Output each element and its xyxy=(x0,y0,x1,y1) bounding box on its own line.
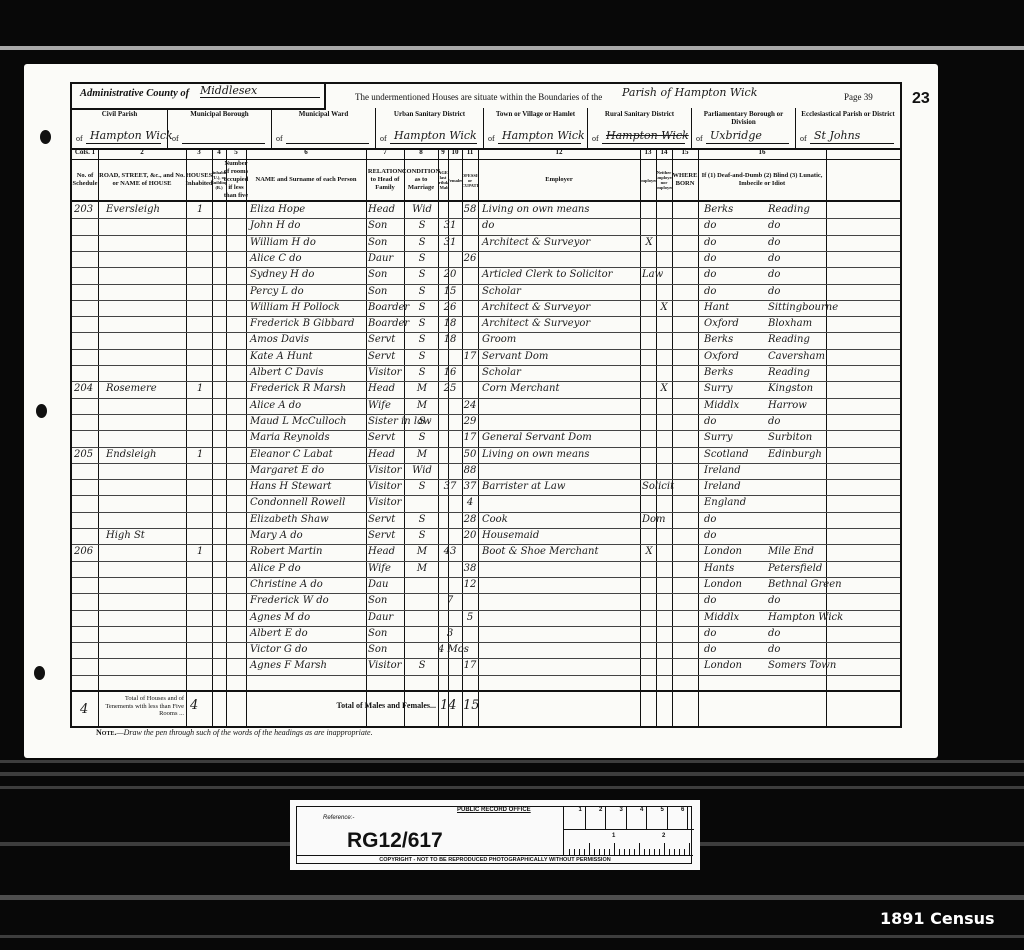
total-males: 14 xyxy=(440,698,457,713)
birth-place: do xyxy=(768,253,826,264)
birth-county: England xyxy=(704,497,760,508)
district-of: of xyxy=(592,134,599,143)
birth-county: Berks xyxy=(704,204,760,215)
person-name: Christine A do xyxy=(250,579,366,590)
occupation: Scholar xyxy=(482,367,638,378)
column-header: If (1) Deaf-and-Dumb (2) Blind (3) Lunat… xyxy=(698,160,826,200)
ruler-cm-label: 4 xyxy=(640,807,643,813)
person-name: Percy L do xyxy=(250,286,366,297)
scale-ruler: 12345612 xyxy=(563,807,694,855)
age-female: 17 xyxy=(462,660,478,671)
district-label: Town or Village or Hamlet xyxy=(484,110,587,118)
occupation: Architect & Surveyor xyxy=(482,237,638,248)
reference-number: RG12/617 xyxy=(347,829,443,853)
column-header: ROAD, STREET, &c., and No. or NAME of HO… xyxy=(98,160,186,200)
table-row xyxy=(0,447,1,463)
district-value: St Johns xyxy=(814,129,860,142)
age-male: 4 Mos xyxy=(438,644,462,655)
table-row xyxy=(0,300,1,316)
district-value: Hampton Wick xyxy=(606,129,689,142)
district-label: Ecclesiastical Parish or District xyxy=(796,110,900,118)
schedule-number: 205 xyxy=(74,449,98,460)
column-header: WHERE BORN xyxy=(672,160,698,200)
occupation: General Servant Dom xyxy=(482,432,638,443)
column-header: PROFESSION or OCCUPATION xyxy=(462,160,478,200)
row-line xyxy=(72,544,900,545)
district-label: Civil Parish xyxy=(72,110,167,118)
birth-county: London xyxy=(704,546,760,557)
birth-place: Hampton Wick xyxy=(768,612,826,623)
column-number: 3 xyxy=(186,148,212,159)
row-line xyxy=(72,658,900,659)
employer-mark: Dom xyxy=(642,514,656,525)
age-female: 37 xyxy=(462,481,478,492)
age-male: 16 xyxy=(438,367,462,378)
punch-hole xyxy=(34,666,45,680)
age-male: 18 xyxy=(438,334,462,345)
birth-place: Petersfield xyxy=(768,563,826,574)
column-number: 16 xyxy=(698,148,826,159)
relation-to-head: Wife xyxy=(368,563,404,574)
birth-county: Berks xyxy=(704,367,760,378)
header-divider xyxy=(72,159,900,160)
marital-condition: S xyxy=(406,253,438,264)
district-of: of xyxy=(172,134,179,143)
occupation: Barrister at Law xyxy=(482,481,638,492)
ruler-cm-label: 2 xyxy=(599,807,602,813)
age-male: 25 xyxy=(438,383,462,394)
marital-condition: S xyxy=(406,432,438,443)
row-line xyxy=(72,218,900,219)
employer-mark: X xyxy=(642,237,656,248)
row-line xyxy=(72,316,900,317)
district-urban-sanitary-district: Urban Sanitary DistrictofHampton Wick xyxy=(376,108,484,148)
marital-condition: S xyxy=(406,367,438,378)
birth-place: Kingston xyxy=(768,383,826,394)
marital-condition: S xyxy=(406,286,438,297)
table-row xyxy=(0,398,1,414)
relation-to-head: Servt xyxy=(368,514,404,525)
person-name: Albert C Davis xyxy=(250,367,366,378)
ruler-in-tick xyxy=(664,843,665,855)
column-header: CONDITION as to Marriage xyxy=(404,160,438,200)
age-female: 50 xyxy=(462,449,478,460)
district-label: Rural Sanitary District xyxy=(588,110,691,118)
marital-condition: S xyxy=(406,302,438,313)
district-rural-sanitary-district: Rural Sanitary DistrictofHampton Wick xyxy=(588,108,692,148)
ruler-in-label: 2 xyxy=(662,833,665,839)
table-row xyxy=(0,479,1,495)
marital-condition: S xyxy=(406,416,438,427)
birth-county: do xyxy=(704,595,760,606)
birth-county: Middlx xyxy=(704,400,760,411)
person-name: Hans H Stewart xyxy=(250,481,366,492)
person-name: Condonnell Rowell xyxy=(250,497,366,508)
table-row xyxy=(0,512,1,528)
total-schedules: 4 xyxy=(80,702,88,717)
ruler-cm-tick xyxy=(585,807,586,829)
relation-to-head: Son xyxy=(368,269,404,280)
row-line xyxy=(72,284,900,285)
relation-to-head: Servt xyxy=(368,530,404,541)
person-name: William H Pollock xyxy=(250,302,366,313)
page-label: Page 39 xyxy=(844,92,873,102)
age-female: 17 xyxy=(462,351,478,362)
birth-place: Harrow xyxy=(768,400,826,411)
relation-to-head: Servt xyxy=(368,351,404,362)
row-line xyxy=(72,251,900,252)
reference-card: PUBLIC RECORD OFFICE Reference:- RG12/61… xyxy=(290,800,700,870)
person-name: Agnes F Marsh xyxy=(250,660,366,671)
row-line xyxy=(72,398,900,399)
marital-condition: S xyxy=(406,530,438,541)
table-row xyxy=(0,544,1,560)
occupation: Groom xyxy=(482,334,638,345)
relation-to-head: Son xyxy=(368,628,404,639)
total-females: 15 xyxy=(463,698,480,713)
birth-county: Ireland xyxy=(704,465,760,476)
occupation: Housemaid xyxy=(482,530,638,541)
column-header: Number of rooms occupied if less than fi… xyxy=(226,160,246,200)
district-label: Urban Sanitary District xyxy=(376,110,483,118)
table-row xyxy=(0,235,1,251)
district-town-or-village-or-hamlet: Town or Village or HamletofHampton Wick xyxy=(484,108,588,148)
header-divider xyxy=(72,200,900,202)
age-female: 12 xyxy=(462,579,478,590)
district-value-line xyxy=(286,129,369,144)
district-value-line: Hampton Wick xyxy=(390,129,477,144)
birth-place: Edinburgh xyxy=(768,449,826,460)
column-number: 6 xyxy=(246,148,366,159)
age-male: 31 xyxy=(438,220,462,231)
birth-county: Hant xyxy=(704,302,760,313)
totals-divider xyxy=(72,690,900,692)
column-header: NAME and Surname of each Person xyxy=(246,160,366,200)
birth-place: do xyxy=(768,595,826,606)
birth-place: do xyxy=(768,220,826,231)
person-name: Mary A do xyxy=(250,530,366,541)
marital-condition: M xyxy=(406,383,438,394)
district-value-line: Uxbridge xyxy=(706,129,789,144)
row-line xyxy=(72,512,900,513)
column-header: Neither Employer nor Employed xyxy=(656,160,672,200)
person-name: Sydney H do xyxy=(250,269,366,280)
birth-county: Berks xyxy=(704,334,760,345)
relation-to-head: Visitor xyxy=(368,481,404,492)
table-row xyxy=(0,658,1,674)
birth-county: Scotland xyxy=(704,449,760,460)
house-name: Rosemere xyxy=(106,383,186,394)
table-row xyxy=(0,495,1,511)
form-note: Note.—Draw the pen through such of the w… xyxy=(96,728,373,737)
admin-county-label: Administrative County of xyxy=(80,88,189,99)
table-row xyxy=(0,561,1,577)
column-header: AGE last Birthday of Males xyxy=(438,160,448,200)
person-name: Alice C do xyxy=(250,253,366,264)
column-number: 14 xyxy=(656,148,672,159)
column-header: No. of Schedule xyxy=(72,160,98,200)
relation-to-head: Daur xyxy=(368,612,404,623)
district-row: Civil ParishofHampton WickMunicipal Boro… xyxy=(72,108,900,150)
birth-place: Bloxham xyxy=(768,318,826,329)
relation-to-head: Servt xyxy=(368,334,404,345)
table-row xyxy=(0,414,1,430)
person-name: Frederick R Marsh xyxy=(250,383,366,394)
table-row xyxy=(0,463,1,479)
district-value: Uxbridge xyxy=(710,129,762,142)
person-name: William H do xyxy=(250,237,366,248)
birth-place: Reading xyxy=(768,367,826,378)
relation-to-head: Servt xyxy=(368,432,404,443)
column-number: 2 xyxy=(98,148,186,159)
table-row xyxy=(0,430,1,446)
column-header: RELATION to Head of Family xyxy=(366,160,404,200)
district-value: Hampton Wick xyxy=(394,129,477,142)
person-name: Robert Martin xyxy=(250,546,366,557)
column-header: Females xyxy=(448,160,462,200)
occupation: Living on own means xyxy=(482,449,638,460)
marital-condition: S xyxy=(406,481,438,492)
birth-county: do xyxy=(704,416,760,427)
total-houses-value: 4 xyxy=(190,698,198,713)
person-name: Kate A Hunt xyxy=(250,351,366,362)
row-line xyxy=(72,365,900,366)
marital-condition: S xyxy=(406,514,438,525)
houses-inhabited: 1 xyxy=(190,204,210,215)
occupation: Architect & Surveyor xyxy=(482,318,638,329)
person-name: Elizabeth Shaw xyxy=(250,514,366,525)
relation-to-head: Head xyxy=(368,383,404,394)
marital-condition: S xyxy=(406,351,438,362)
marital-condition: M xyxy=(406,563,438,574)
boundaries-text: The undermentioned Houses are situate wi… xyxy=(355,92,602,102)
column-number: Cols. 1 xyxy=(72,148,98,159)
table-row xyxy=(0,626,1,642)
relation-to-head: Boarder xyxy=(368,302,404,313)
age-female: 5 xyxy=(462,612,478,623)
age-female: 38 xyxy=(462,563,478,574)
schedule-number: 203 xyxy=(74,204,98,215)
marital-condition: M xyxy=(406,449,438,460)
relation-to-head: Son xyxy=(368,220,404,231)
person-name: Frederick B Gibbard xyxy=(250,318,366,329)
district-value: Hampton Wick xyxy=(90,129,173,142)
admin-county-box: Administrative County of Middlesex xyxy=(72,84,326,110)
column-number: 12 xyxy=(478,148,640,159)
birth-place: Bethnal Green xyxy=(768,579,826,590)
table-row xyxy=(0,218,1,234)
relation-to-head: Sister in law xyxy=(368,416,404,427)
district-of: of xyxy=(276,134,283,143)
district-label: Municipal Ward xyxy=(272,110,375,118)
ruler-cm-tick xyxy=(687,807,688,829)
column-header: Employer xyxy=(478,160,640,200)
relation-to-head: Dau xyxy=(368,579,404,590)
occupation: Articled Clerk to Solicitor xyxy=(482,269,638,280)
person-name: Alice A do xyxy=(250,400,366,411)
ruler-cm-label: 5 xyxy=(661,807,664,813)
reference-label: Reference:- xyxy=(323,815,354,821)
relation-to-head: Boarder xyxy=(368,318,404,329)
person-name: Margaret E do xyxy=(250,465,366,476)
birth-county: do xyxy=(704,253,760,264)
birth-place: Reading xyxy=(768,204,826,215)
district-parliamentary-borough-or-division: Parliamentary Borough or DivisionofUxbri… xyxy=(692,108,796,148)
row-line xyxy=(72,381,900,382)
column-number: 9 xyxy=(438,148,448,159)
row-line xyxy=(72,626,900,627)
boundaries-value: Parish of Hampton Wick xyxy=(622,86,757,99)
age-female: 17 xyxy=(462,432,478,443)
marital-condition: S xyxy=(406,318,438,329)
district-value-line: Hampton Wick xyxy=(602,129,685,144)
district-of: of xyxy=(800,134,807,143)
ruler-cm-tick xyxy=(667,807,668,829)
birth-place: do xyxy=(768,237,826,248)
birth-place: Somers Town xyxy=(768,660,826,671)
birth-county: do xyxy=(704,286,760,297)
district-value: Hampton Wick xyxy=(502,129,585,142)
occupation: Scholar xyxy=(482,286,638,297)
relation-to-head: Visitor xyxy=(368,465,404,476)
column-number: 15 xyxy=(672,148,698,159)
row-line xyxy=(72,430,900,431)
total-houses-label: Total of Houses and of Tenements with le… xyxy=(102,695,184,718)
marital-condition: S xyxy=(406,220,438,231)
age-female: 58 xyxy=(462,204,478,215)
age-male: 37 xyxy=(438,481,462,492)
occupation: Boot & Shoe Merchant xyxy=(482,546,638,557)
age-male: 26 xyxy=(438,302,462,313)
age-female: 26 xyxy=(462,253,478,264)
employer-mark: X xyxy=(642,546,656,557)
row-line xyxy=(72,447,900,448)
birth-place: Surbiton xyxy=(768,432,826,443)
row-line xyxy=(72,235,900,236)
occupation: Cook xyxy=(482,514,638,525)
ruler-cm-tick xyxy=(605,807,606,829)
employer-mark: Solicit xyxy=(642,481,656,492)
birth-county: London xyxy=(704,579,760,590)
birth-county: do xyxy=(704,644,760,655)
birth-place: do xyxy=(768,628,826,639)
marital-condition: S xyxy=(406,237,438,248)
schedule-number: 206 xyxy=(74,546,98,557)
person-name: Amos Davis xyxy=(250,334,366,345)
row-line xyxy=(72,267,900,268)
birth-county: do xyxy=(704,237,760,248)
employed-mark: X xyxy=(657,383,671,394)
punch-hole xyxy=(36,404,47,418)
column-header: Employed xyxy=(640,160,656,200)
relation-to-head: Wife xyxy=(368,400,404,411)
relation-to-head: Head xyxy=(368,449,404,460)
person-name: John H do xyxy=(250,220,366,231)
marital-condition: M xyxy=(406,546,438,557)
house-name: High St xyxy=(106,530,186,541)
row-line xyxy=(72,495,900,496)
occupation: Servant Dom xyxy=(482,351,638,362)
collection-watermark: 1891 Census xyxy=(880,909,995,928)
marital-condition: S xyxy=(406,660,438,671)
marital-condition: M xyxy=(406,400,438,411)
birth-place: do xyxy=(768,416,826,427)
form-header: Administrative County of Middlesex The u… xyxy=(72,84,900,108)
house-name: Endsleigh xyxy=(106,449,186,460)
birth-place: Caversham xyxy=(768,351,826,362)
birth-place: Sittingbourne xyxy=(768,302,826,313)
row-line xyxy=(72,593,900,594)
occupation: Architect & Surveyor xyxy=(482,302,638,313)
birth-county: do xyxy=(704,530,760,541)
copyright-notice: COPYRIGHT - NOT TO BE REPRODUCED PHOTOGR… xyxy=(297,855,693,866)
birth-county: Surry xyxy=(704,432,760,443)
district-label: Parliamentary Borough or Division xyxy=(692,110,795,126)
row-line xyxy=(72,414,900,415)
birth-county: do xyxy=(704,628,760,639)
column-number: 13 xyxy=(640,148,656,159)
ruler-in-tick xyxy=(689,843,690,855)
occupation: Corn Merchant xyxy=(482,383,638,394)
ruler-in-tick xyxy=(614,843,615,855)
age-male: 31 xyxy=(438,237,462,248)
relation-to-head: Head xyxy=(368,546,404,557)
table-row xyxy=(0,349,1,365)
relation-to-head: Visitor xyxy=(368,660,404,671)
birth-county: do xyxy=(704,269,760,280)
birth-county: Surry xyxy=(704,383,760,394)
employed-mark: X xyxy=(657,302,671,313)
age-female: 4 xyxy=(462,497,478,508)
row-line xyxy=(72,561,900,562)
district-civil-parish: Civil ParishofHampton Wick xyxy=(72,108,168,148)
table-row xyxy=(0,316,1,332)
relation-to-head: Son xyxy=(368,644,404,655)
column-number: 10 xyxy=(448,148,462,159)
person-name: Eliza Hope xyxy=(250,204,366,215)
row-line xyxy=(72,300,900,301)
birth-county: Middlx xyxy=(704,612,760,623)
birth-county: Hants xyxy=(704,563,760,574)
district-value-line: Hampton Wick xyxy=(86,129,161,144)
row-line xyxy=(72,528,900,529)
relation-to-head: Son xyxy=(368,286,404,297)
birth-place: do xyxy=(768,644,826,655)
marital-condition: S xyxy=(406,269,438,280)
person-name: Maud L McCulloch xyxy=(250,416,366,427)
person-name: Albert E do xyxy=(250,628,366,639)
column-number: 8 xyxy=(404,148,438,159)
schedule-number: 204 xyxy=(74,383,98,394)
ruler-cm-label: 6 xyxy=(681,807,684,813)
table-row xyxy=(0,593,1,609)
person-name: Victor G do xyxy=(250,644,366,655)
row-line xyxy=(72,577,900,578)
folio-number: 23 xyxy=(912,90,930,108)
houses-inhabited: 1 xyxy=(190,546,210,557)
ruler-in-label: 1 xyxy=(612,833,615,839)
district-municipal-ward: Municipal Wardof xyxy=(272,108,376,148)
row-line xyxy=(72,479,900,480)
table-row xyxy=(0,251,1,267)
ruler-in-tick xyxy=(589,843,590,855)
total-persons-label: Total of Males and Females... xyxy=(300,701,436,710)
age-female: 28 xyxy=(462,514,478,525)
ruler-cm-label: 3 xyxy=(620,807,623,813)
ruler-divider xyxy=(564,829,694,830)
column-number: 4 xyxy=(212,148,226,159)
birth-county: do xyxy=(704,514,760,525)
